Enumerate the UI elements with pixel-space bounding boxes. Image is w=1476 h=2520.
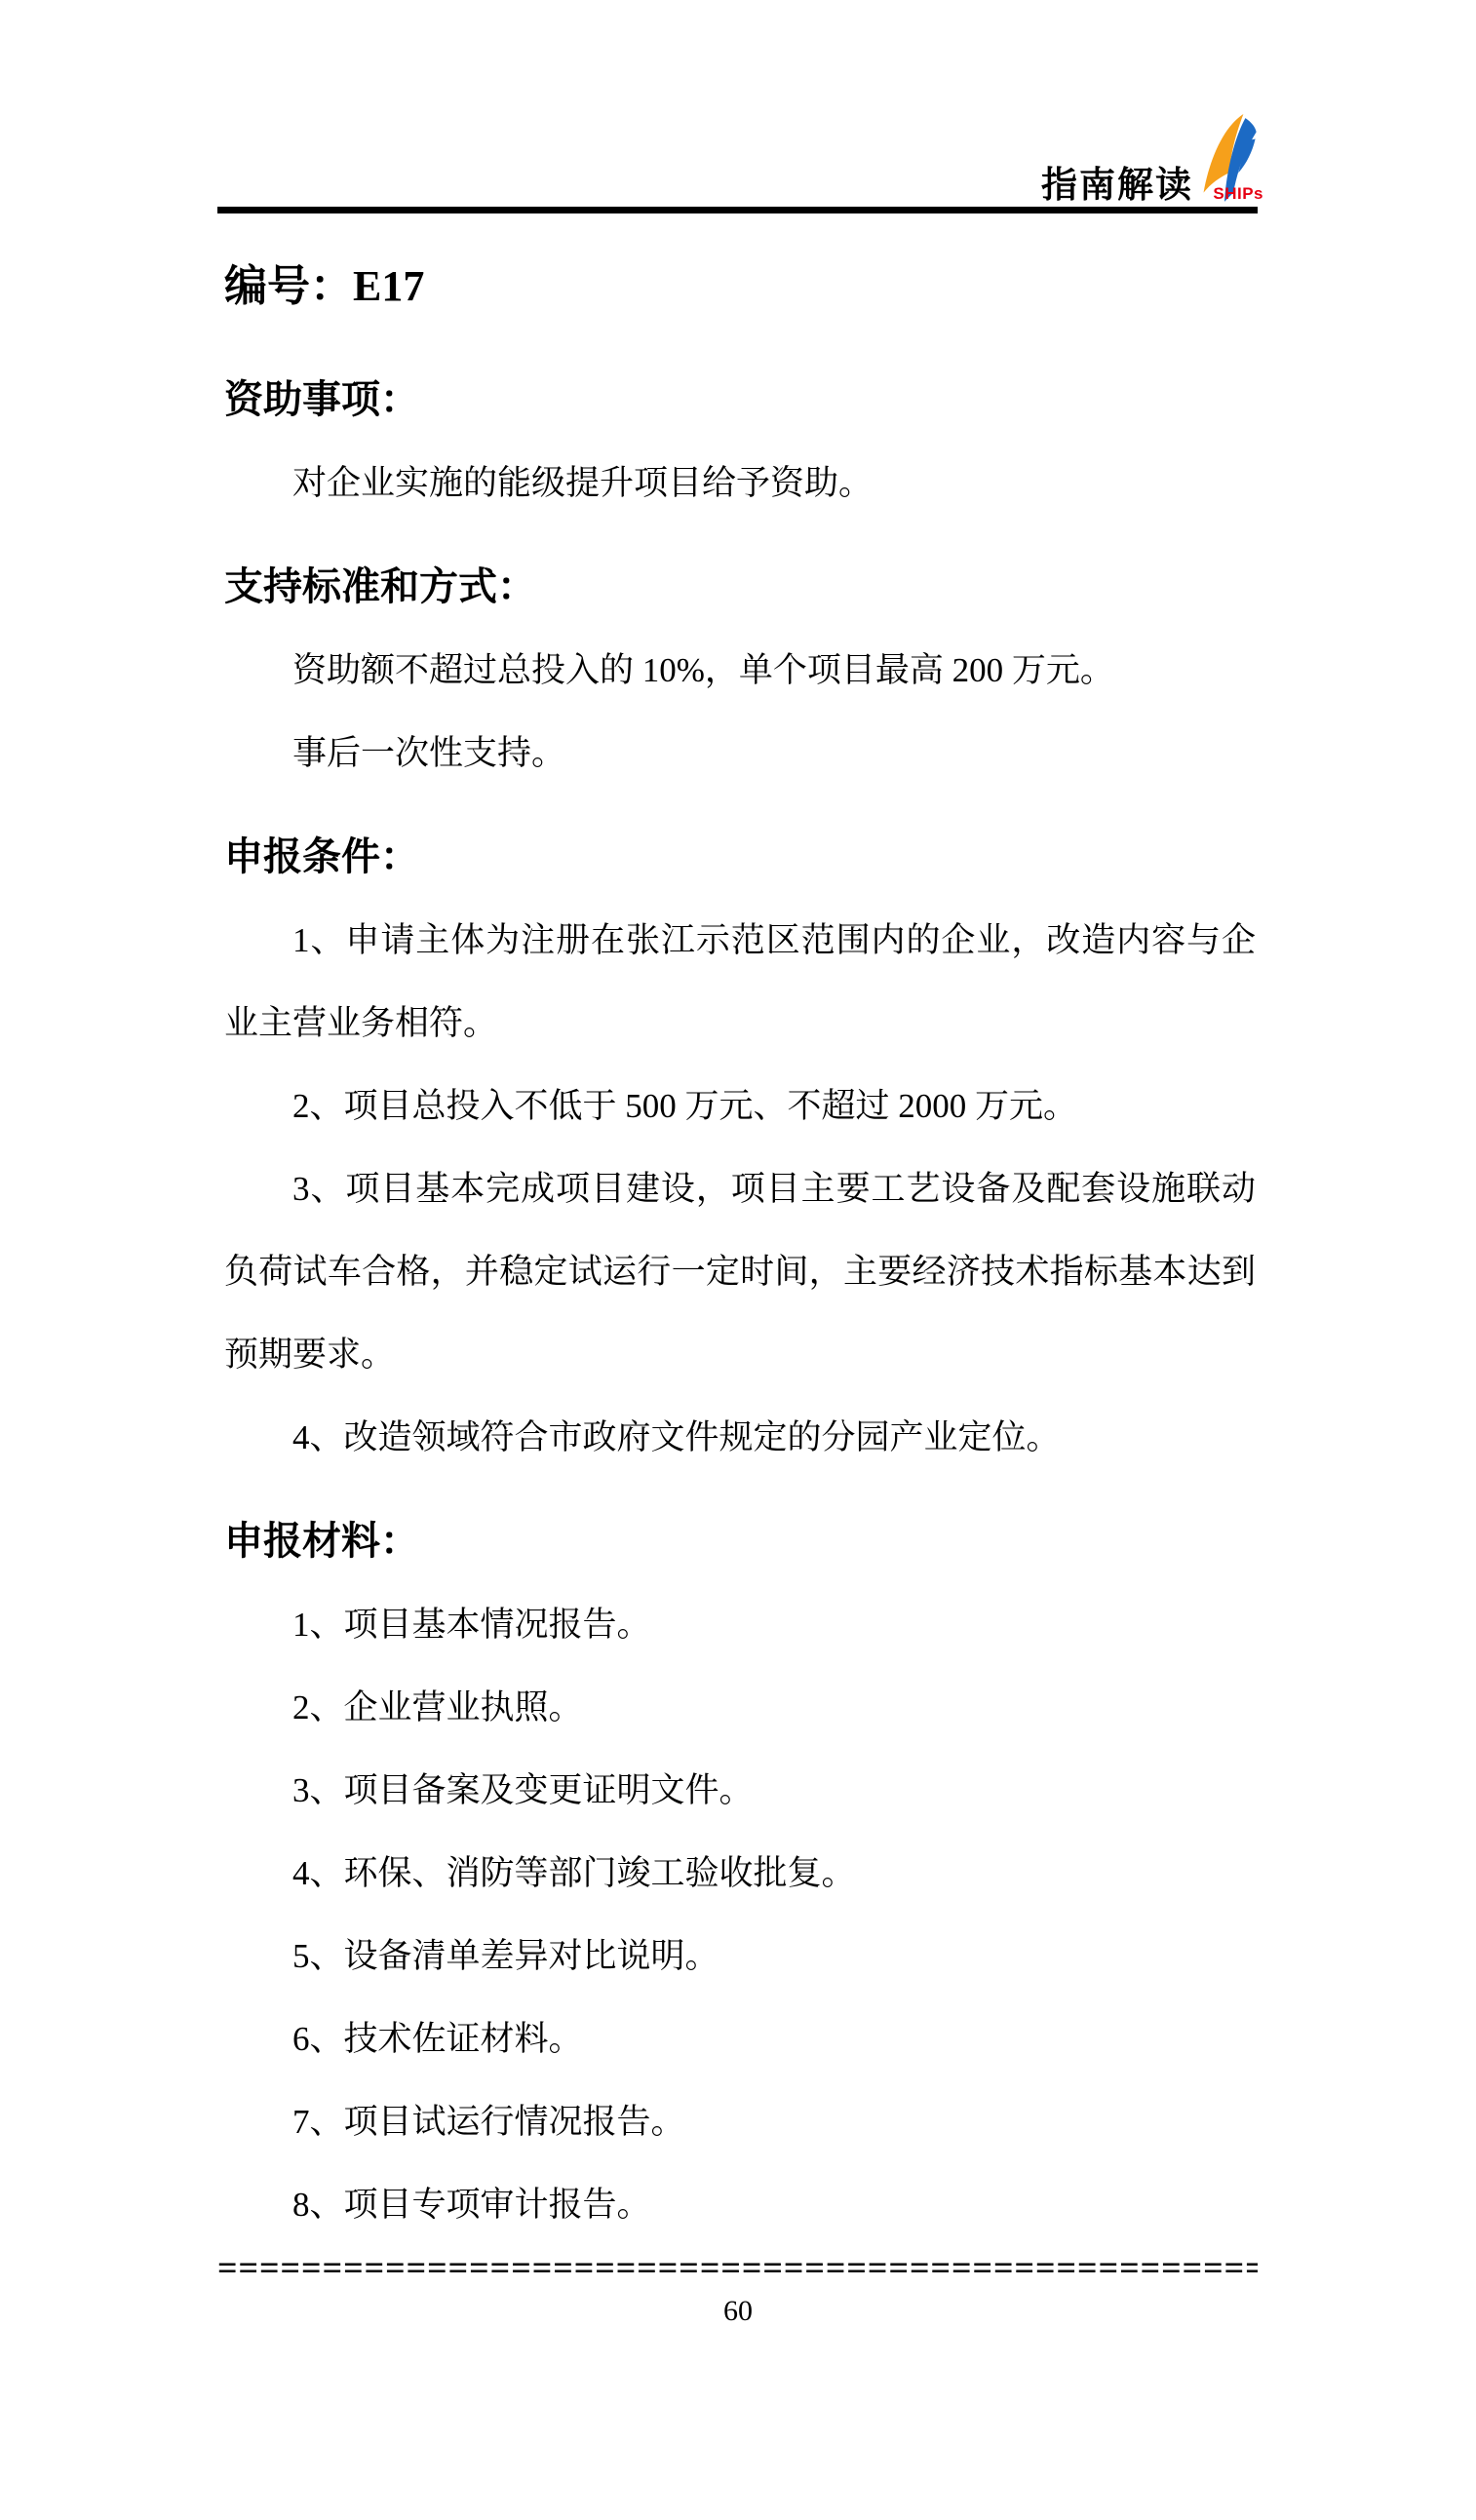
list-item-condition-2: 2、项目总投入不低于 500 万元、不超过 2000 万元。 [224, 1065, 1256, 1147]
list-item-material-1: 1、项目基本情况报告。 [224, 1583, 1256, 1666]
list-item-material-3: 3、项目备案及变更证明文件。 [224, 1749, 1256, 1832]
list-item-material-5: 5、设备清单差异对比说明。 [224, 1915, 1256, 1997]
ships-wordmark: SHIPs [1213, 184, 1263, 204]
list-item-material-8: 8、项目专项审计报告。 [224, 2163, 1256, 2246]
document-body: 编号：E17 资助事项： 对企业实施的能级提升项目给予资助。 支持标准和方式： … [224, 245, 1256, 2287]
page-header: 指南解读 SHIPs [0, 0, 1476, 213]
brand-row: 指南解读 SHIPs [217, 109, 1258, 207]
section-heading-funding-items: 资助事项： [224, 359, 1256, 442]
section-heading-conditions: 申报条件： [224, 816, 1256, 899]
footer-separator: ========================================… [217, 2248, 1258, 2287]
list-item-material-7: 7、项目试运行情况报告。 [224, 2080, 1256, 2163]
list-item-condition-3: 3、项目基本完成项目建设，项目主要工艺设备及配套设施联动负荷试车合格，并稳定试运… [224, 1147, 1256, 1396]
brand-title: 指南解读 [1041, 166, 1193, 205]
list-item-material-6: 6、技术佐证材料。 [224, 1997, 1256, 2080]
doc-code-value: E17 [353, 262, 424, 310]
para-support-mode: 事后一次性支持。 [224, 712, 1256, 795]
header-divider [217, 207, 1258, 213]
ships-logo: SHIPs [1193, 113, 1258, 209]
list-item-material-2: 2、企业营业执照。 [224, 1666, 1256, 1749]
doc-code-label: 编号： [224, 262, 353, 310]
section-heading-support-standard: 支持标准和方式： [224, 546, 1256, 629]
para-support-amount: 资助额不超过总投入的 10%，单个项目最高 200 万元。 [224, 629, 1256, 712]
page-number: 60 [0, 2293, 1476, 2330]
list-item-condition-1: 1、申请主体为注册在张江示范区范围内的企业，改造内容与企业主营业务相符。 [224, 899, 1256, 1065]
section-heading-materials: 申报材料： [224, 1500, 1256, 1583]
document-page: { "header": { "brand": "指南解读", "logo_tex… [0, 0, 1476, 2520]
list-item-material-4: 4、环保、消防等部门竣工验收批复。 [224, 1832, 1256, 1915]
doc-code: 编号：E17 [224, 245, 1256, 328]
list-item-condition-4: 4、改造领域符合市政府文件规定的分园产业定位。 [224, 1396, 1256, 1479]
para-funding-desc: 对企业实施的能级提升项目给予资助。 [224, 442, 1256, 524]
